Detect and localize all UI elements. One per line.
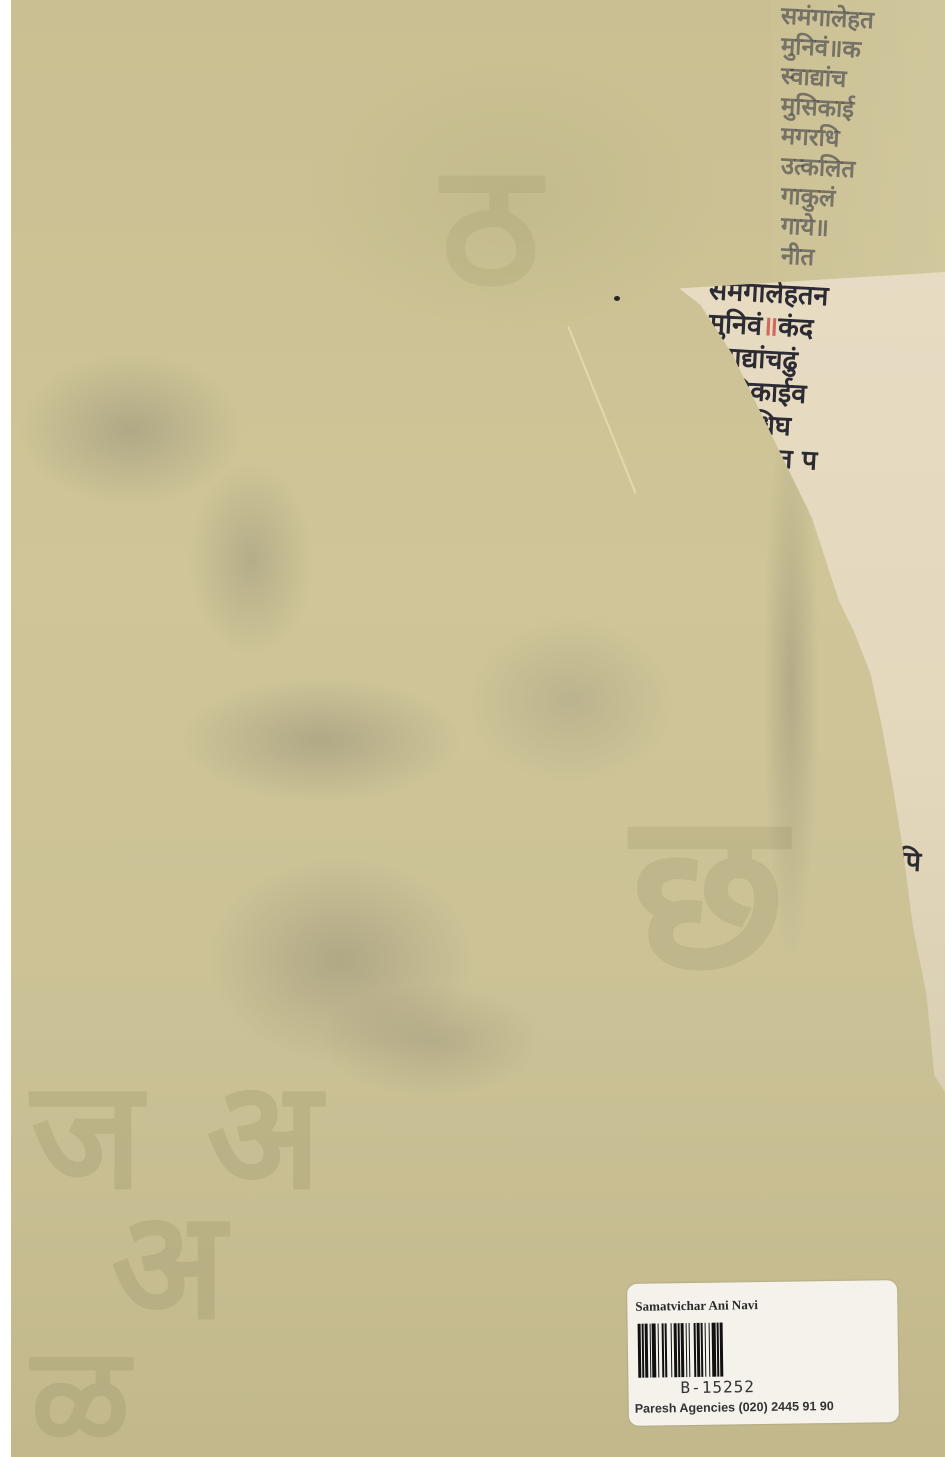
faded-background-glyph: ळ — [31, 1330, 130, 1457]
sticker-stock-code: B-15252 — [680, 1377, 755, 1397]
sticker-book-title: Samatvichar Ani Navi — [635, 1297, 758, 1315]
faded-background-glyph: ठ — [441, 140, 540, 310]
price-barcode-sticker: Samatvichar Ani Navi B-15252 Paresh Agen… — [627, 1280, 899, 1426]
ink-speck — [614, 296, 620, 301]
book-back-cover: ठ छ ज अ अ ळ समंगालेहत मुनिवं॥क स्वाद्यां… — [11, 0, 945, 1457]
barcode-bar — [720, 1323, 724, 1377]
paper-crease — [567, 326, 636, 494]
barcode — [638, 1321, 839, 1378]
faded-manuscript: समंगालेहत मुनिवं॥क स्वाद्यांच मुसिकाई मग… — [771, 0, 945, 280]
sticker-vendor: Paresh Agencies (020) 2445 91 90 — [635, 1399, 834, 1416]
